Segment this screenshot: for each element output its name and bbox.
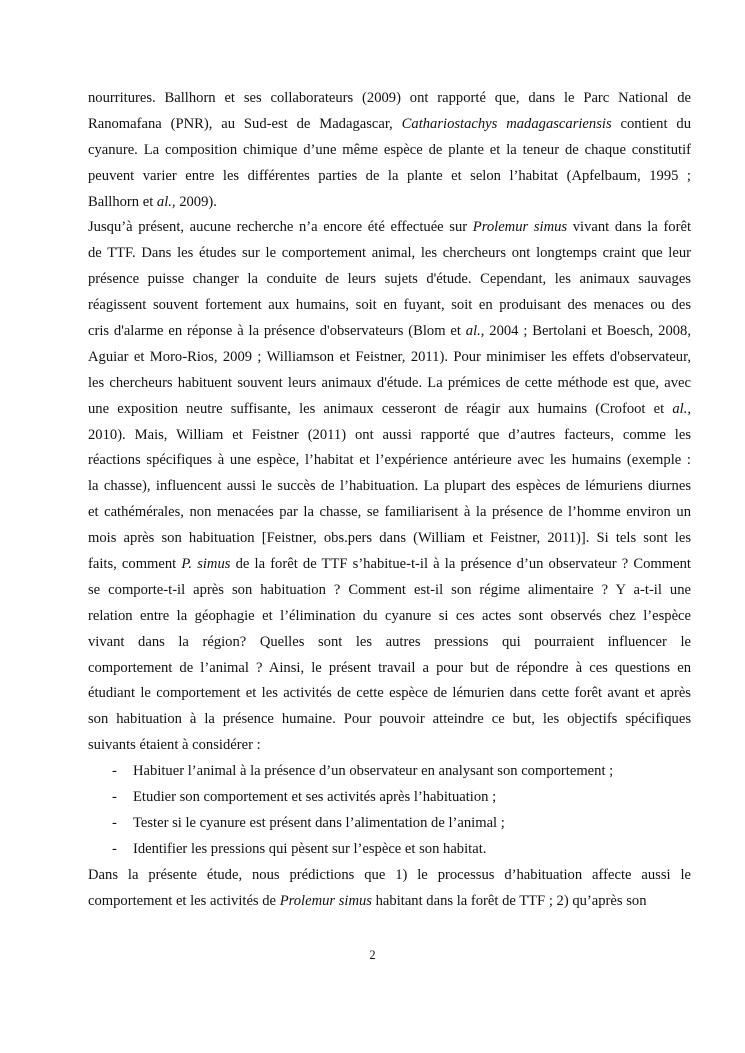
text-line: se comporte-t-il après son habituation ?… bbox=[88, 578, 691, 604]
text-line: étudiant le comportement et les activité… bbox=[88, 681, 691, 707]
text-line: faits, comment P. simus de la forêt de T… bbox=[88, 552, 691, 578]
text-line: 2010). Mais, William et Feistner (2011) … bbox=[88, 423, 691, 449]
objectives-list: -Habituer l’animal à la présence d’un ob… bbox=[88, 759, 691, 863]
text-line: les chercheurs habituent souvent leurs a… bbox=[88, 371, 691, 397]
text-line: Ranomafana (PNR), au Sud-est de Madagasc… bbox=[88, 112, 691, 138]
page-number: 2 bbox=[0, 948, 745, 963]
text-line: suivants étaient à considérer : bbox=[88, 733, 691, 759]
text-line: Ballhorn et al., 2009). bbox=[88, 190, 691, 216]
text-line: de TTF. Dans les études sur le comportem… bbox=[88, 241, 691, 267]
text-line: relation entre la géophagie et l’élimina… bbox=[88, 604, 691, 630]
text-line: comportement de l’animal ? Ainsi, le pré… bbox=[88, 656, 691, 682]
text-line: une exposition neutre suffisante, les an… bbox=[88, 397, 691, 423]
text-line: nourritures. Ballhorn et ses collaborate… bbox=[88, 86, 691, 112]
text-line: présence puisse changer la conduite de l… bbox=[88, 267, 691, 293]
text-line: cris d'alarme en réponse à la présence d… bbox=[88, 319, 691, 345]
objective-item: -Habituer l’animal à la présence d’un ob… bbox=[88, 759, 691, 785]
text-line: et cathémérales, non menacées par la cha… bbox=[88, 500, 691, 526]
text-line: son habituation à la présence humaine. P… bbox=[88, 707, 691, 733]
text-line: mois après son habituation [Feistner, ob… bbox=[88, 526, 691, 552]
paragraph-predictions: Dans la présente étude, nous prédictions… bbox=[88, 863, 691, 915]
objective-item: -Identifier les pressions qui pèsent sur… bbox=[88, 837, 691, 863]
text-line: cyanure. La composition chimique d’une m… bbox=[88, 138, 691, 164]
text-line: comportement et les activités de Prolemu… bbox=[88, 889, 691, 915]
text-line: peuvent varier entre les différentes par… bbox=[88, 164, 691, 190]
paragraph-cyanide-context: nourritures. Ballhorn et ses collaborate… bbox=[88, 86, 691, 215]
paragraph-research-questions: Jusqu’à présent, aucune recherche n’a en… bbox=[88, 215, 691, 759]
text-line: la chasse), influencent aussi le succès … bbox=[88, 474, 691, 500]
objective-item: -Etudier son comportement et ses activit… bbox=[88, 785, 691, 811]
text-line: Jusqu’à présent, aucune recherche n’a en… bbox=[88, 215, 691, 241]
text-line: réactions spécifiques à une espèce, l’ha… bbox=[88, 448, 691, 474]
text-line: Dans la présente étude, nous prédictions… bbox=[88, 863, 691, 889]
text-line: vivant dans la région? Quelles sont les … bbox=[88, 630, 691, 656]
objective-item: -Tester si le cyanure est présent dans l… bbox=[88, 811, 691, 837]
text-line: Aguiar et Moro-Rios, 2009 ; Williamson e… bbox=[88, 345, 691, 371]
text-line: réagissent souvent fortement aux humains… bbox=[88, 293, 691, 319]
document-page: nourritures. Ballhorn et ses collaborate… bbox=[88, 86, 691, 915]
